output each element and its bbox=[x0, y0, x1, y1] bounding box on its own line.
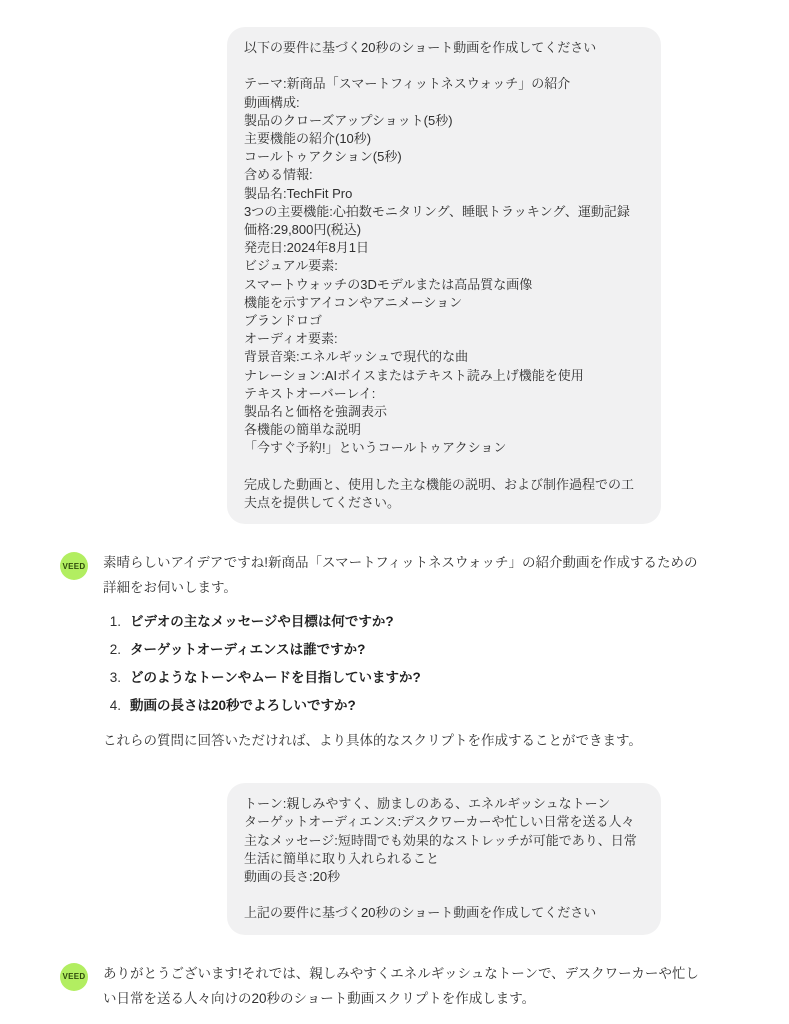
message-line: ブランドロゴ bbox=[244, 312, 644, 330]
question-item: 1. ビデオの主なメッセージや目標は何ですか? bbox=[107, 612, 709, 632]
user-message-bubble: 以下の要件に基づく20秒のショート動画を作成してください テーマ:新商品「スマー… bbox=[227, 27, 661, 524]
veed-logo-badge: VEED bbox=[60, 963, 88, 991]
user-message-bubble: トーン:親しみやすく、励ましのある、エネルギッシュなトーン ターゲットオーディエ… bbox=[227, 783, 661, 934]
user-message-row: 以下の要件に基づく20秒のショート動画を作成してください テーマ:新商品「スマー… bbox=[0, 27, 789, 524]
message-line-blank bbox=[244, 886, 644, 904]
message-line: 動画の長さ:20秒 bbox=[244, 868, 644, 886]
assistant-message-row: VEED ありがとうございます!それでは、親しみやすくエネルギッシュなトーンで、… bbox=[0, 961, 789, 1011]
message-line: 完成した動画と、使用した主な機能の説明、および制作過程での工夫点を提供してくださ… bbox=[244, 476, 644, 512]
question-text: ビデオの主なメッセージや目標は何ですか? bbox=[130, 612, 394, 632]
assistant-message-row: VEED 素晴らしいアイデアですね!新商品「スマートフィットネスウォッチ」の紹介… bbox=[0, 550, 789, 753]
question-list: 1. ビデオの主なメッセージや目標は何ですか? 2. ターゲットオーディエンスは… bbox=[107, 612, 709, 716]
assistant-intro-text: 素晴らしいアイデアですね!新商品「スマートフィットネスウォッチ」の紹介動画を作成… bbox=[103, 550, 709, 600]
assistant-message-body: ありがとうございます!それでは、親しみやすくエネルギッシュなトーンで、デスクワー… bbox=[103, 961, 709, 1011]
message-line: 機能を示すアイコンやアニメーション bbox=[244, 294, 644, 312]
message-line: 製品名:TechFit Pro bbox=[244, 185, 644, 203]
message-line: 製品のクローズアップショット(5秒) bbox=[244, 112, 644, 130]
question-text: ターゲットオーディエンスは誰ですか? bbox=[130, 640, 365, 660]
message-line: 背景音楽:エネルギッシュで現代的な曲 bbox=[244, 348, 644, 366]
question-item: 3. どのようなトーンやムードを目指していますか? bbox=[107, 668, 709, 688]
assistant-message-body: 素晴らしいアイデアですね!新商品「スマートフィットネスウォッチ」の紹介動画を作成… bbox=[103, 550, 709, 753]
question-number: 2. bbox=[107, 640, 121, 660]
message-line: 動画構成: bbox=[244, 94, 644, 112]
question-text: どのようなトーンやムードを目指していますか? bbox=[130, 668, 421, 688]
user-message-row: トーン:親しみやすく、励ましのある、エネルギッシュなトーン ターゲットオーディエ… bbox=[0, 783, 789, 934]
message-line: トーン:親しみやすく、励ましのある、エネルギッシュなトーン bbox=[244, 795, 644, 813]
veed-logo-badge: VEED bbox=[60, 552, 88, 580]
message-line-blank bbox=[244, 458, 644, 476]
message-line: スマートウォッチの3Dモデルまたは高品質な画像 bbox=[244, 276, 644, 294]
assistant-text: ありがとうございます!それでは、親しみやすくエネルギッシュなトーンで、デスクワー… bbox=[103, 961, 709, 1011]
assistant-outro-text: これらの質問に回答いただければ、より具体的なスクリプトを作成することができます。 bbox=[103, 728, 709, 753]
message-line: 発売日:2024年8月1日 bbox=[244, 239, 644, 257]
message-line: ナレーション:AIボイスまたはテキスト読み上げ機能を使用 bbox=[244, 367, 644, 385]
question-number: 1. bbox=[107, 612, 121, 632]
question-item: 2. ターゲットオーディエンスは誰ですか? bbox=[107, 640, 709, 660]
question-number: 4. bbox=[107, 696, 121, 716]
question-text: 動画の長さは20秒でよろしいですか? bbox=[130, 696, 356, 716]
message-line: コールトゥアクション(5秒) bbox=[244, 148, 644, 166]
message-line: 上記の要件に基づく20秒のショート動画を作成してください bbox=[244, 904, 644, 922]
message-line: オーディオ要素: bbox=[244, 330, 644, 348]
chat-thread: 以下の要件に基づく20秒のショート動画を作成してください テーマ:新商品「スマー… bbox=[0, 0, 789, 1011]
message-line: 「今すぐ予約!」というコールトゥアクション bbox=[244, 439, 644, 457]
message-line: 各機能の簡単な説明 bbox=[244, 421, 644, 439]
question-item: 4. 動画の長さは20秒でよろしいですか? bbox=[107, 696, 709, 716]
message-line: 含める情報: bbox=[244, 166, 644, 184]
message-line: 3つの主要機能:心拍数モニタリング、睡眠トラッキング、運動記録 bbox=[244, 203, 644, 221]
message-line: テーマ:新商品「スマートフィットネスウォッチ」の紹介 bbox=[244, 75, 644, 93]
message-line: 以下の要件に基づく20秒のショート動画を作成してください bbox=[244, 39, 644, 57]
question-number: 3. bbox=[107, 668, 121, 688]
message-line: ビジュアル要素: bbox=[244, 257, 644, 275]
message-line: 製品名と価格を強調表示 bbox=[244, 403, 644, 421]
message-line: ターゲットオーディエンス:デスクワーカーや忙しい日常を送る人々 bbox=[244, 813, 644, 831]
message-line: テキストオーバーレイ: bbox=[244, 385, 644, 403]
message-line-blank bbox=[244, 57, 644, 75]
message-line: 価格:29,800円(税込) bbox=[244, 221, 644, 239]
message-line: 主なメッセージ:短時間でも効果的なストレッチが可能であり、日常生活に簡単に取り入… bbox=[244, 832, 644, 868]
message-line: 主要機能の紹介(10秒) bbox=[244, 130, 644, 148]
